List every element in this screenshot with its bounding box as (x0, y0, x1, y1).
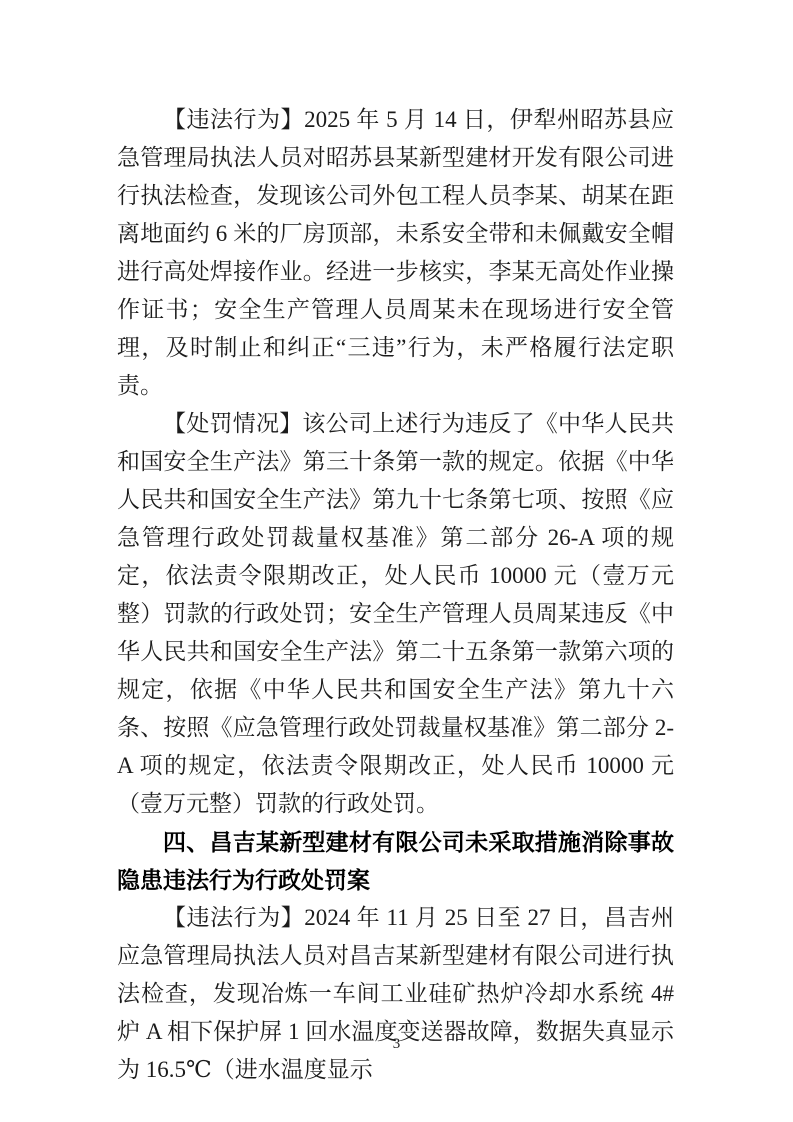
case3-penalty-paragraph: 【处罚情况】该公司上述行为违反了《中华人民共和国安全生产法》第三十条第一款的规定… (117, 405, 674, 823)
document-body: 【违法行为】2025 年 5 月 14 日，伊犁州昭苏县应急管理局执法人员对昭苏… (117, 101, 674, 1089)
case4-violation-paragraph: 【违法行为】2024 年 11 月 25 日至 27 日，昌吉州应急管理局执法人… (117, 899, 674, 1089)
document-page: 【违法行为】2025 年 5 月 14 日，伊犁州昭苏县应急管理局执法人员对昭苏… (0, 0, 793, 1122)
page-number: 3 (0, 1036, 793, 1053)
case4-section-heading: 四、昌吉某新型建材有限公司未采取措施消除事故隐患违法行为行政处罚案 (117, 823, 674, 899)
case3-violation-paragraph: 【违法行为】2025 年 5 月 14 日，伊犁州昭苏县应急管理局执法人员对昭苏… (117, 101, 674, 405)
